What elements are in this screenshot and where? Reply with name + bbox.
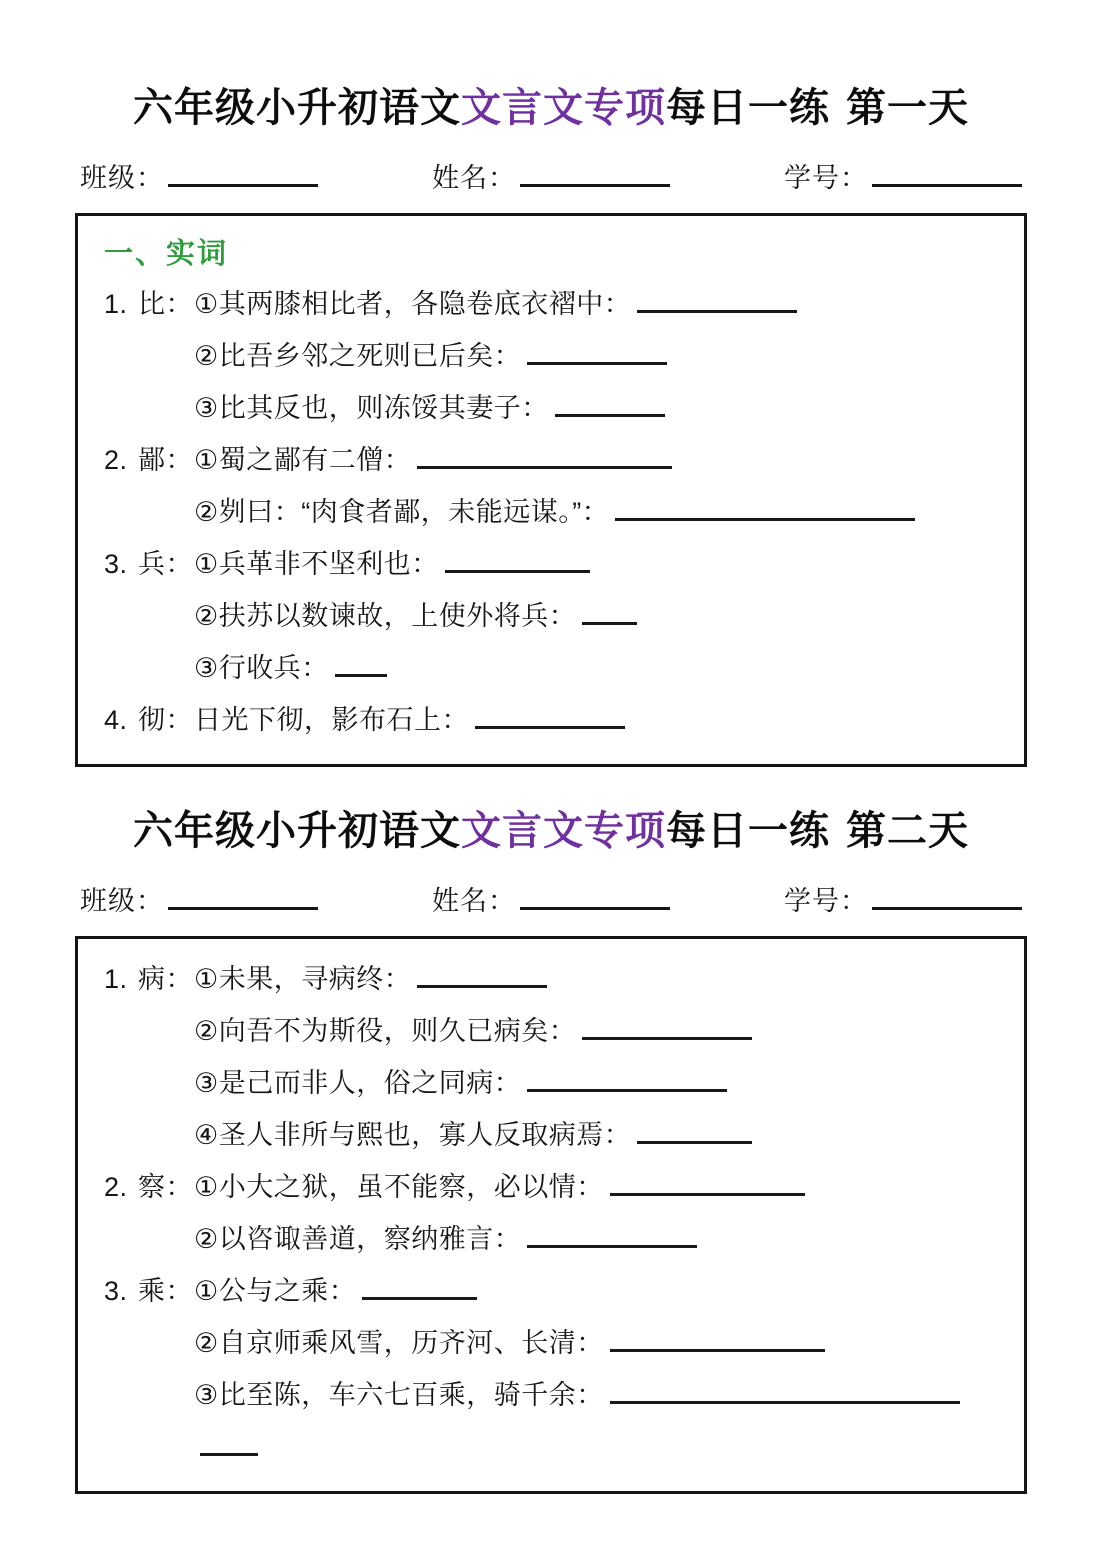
class-blank [168, 160, 318, 187]
question-line [104, 1421, 998, 1473]
question-text: 日光下彻，影布石上： [194, 705, 469, 735]
section-heading: 一、实词 [104, 230, 998, 278]
question-text: ③行收兵： [194, 653, 329, 683]
question-text: ①公与之乘： [194, 1276, 356, 1306]
question-text: ②以咨诹善道，察纳雅言： [194, 1224, 521, 1254]
answer-blank [527, 338, 667, 365]
question-line: 3.乘：①公与之乘： [104, 1265, 998, 1317]
class-blank [168, 883, 318, 910]
name-field: 姓名： [432, 160, 670, 193]
question-box-day2: 1.病：①未果，寻病终：②向吾不为斯役，则久已病矣：③是己而非人，俗之同病：④圣… [75, 936, 1027, 1494]
title-prefix: 六年级小升初语文 [133, 86, 461, 130]
item-number: 1. [104, 278, 138, 330]
question-line: 2.鄙：①蜀之鄙有二僧： [104, 434, 998, 486]
name-blank [520, 160, 670, 187]
question-line: ②向吾不为斯役，则久已病矣： [104, 1005, 998, 1057]
item-number: 3. [104, 538, 138, 590]
question-text: ③比其反也，则冻馁其妻子： [194, 393, 549, 423]
item-number: 2. [104, 434, 138, 486]
answer-blank [417, 442, 672, 469]
worksheet-page: 六年级小升初语文文言文专项每日一练第一天 班级： 姓名： 学号： 一、实词 1.… [0, 0, 1102, 1559]
item-number: 1. [104, 953, 138, 1005]
question-line: 4.彻：日光下彻，影布石上： [104, 694, 998, 746]
question-text: ②自京师乘风雪，历齐河、长清： [194, 1328, 604, 1358]
name-field: 姓名： [432, 883, 670, 916]
question-text: ①兵革非不坚利也： [194, 549, 439, 579]
question-text: ④圣人非所与熙也，寡人反取病焉： [194, 1120, 631, 1150]
title-prefix: 六年级小升初语文 [133, 809, 461, 853]
name-label: 姓名： [432, 163, 516, 193]
answer-blank [417, 961, 547, 988]
answer-blank [637, 1117, 752, 1144]
name-blank [520, 883, 670, 910]
name-label: 姓名： [432, 886, 516, 916]
item-word: 察： [138, 1161, 194, 1213]
question-line: ③是己而非人，俗之同病： [104, 1057, 998, 1109]
title-highlight: 文言文专项 [461, 86, 666, 130]
answer-blank [200, 1429, 258, 1456]
question-line: ②以咨诹善道，察纳雅言： [104, 1213, 998, 1265]
item-word: 兵： [138, 538, 194, 590]
info-row-day1: 班级： 姓名： 学号： [80, 160, 1022, 193]
page-title-day2: 六年级小升初语文文言文专项每日一练第二天 [0, 809, 1102, 853]
class-label: 班级： [80, 163, 164, 193]
question-text: ③比至陈，车六七百乘，骑千余： [194, 1380, 604, 1410]
answer-blank [527, 1221, 697, 1248]
question-line: ②扶苏以数谏故，上使外将兵： [104, 590, 998, 642]
question-line: 2.察：①小大之狱，虽不能察，必以情： [104, 1161, 998, 1213]
item-number: 4. [104, 694, 138, 746]
student-id-blank [872, 883, 1022, 910]
question-line: ④圣人非所与熙也，寡人反取病焉： [104, 1109, 998, 1161]
item-word: 鄙： [138, 434, 194, 486]
answer-blank [610, 1377, 960, 1404]
answer-blank [637, 286, 797, 313]
answer-blank [610, 1325, 825, 1352]
title-day: 第一天 [846, 86, 969, 130]
question-text: ②扶苏以数谏故，上使外将兵： [194, 601, 576, 631]
student-id-blank [872, 160, 1022, 187]
question-line: 1.比：①其两膝相比者，各隐卷底衣褶中： [104, 278, 998, 330]
title-day: 第二天 [846, 809, 969, 853]
question-list-day2: 1.病：①未果，寻病终：②向吾不为斯役，则久已病矣：③是己而非人，俗之同病：④圣… [104, 953, 998, 1473]
answer-blank [582, 598, 637, 625]
item-number: 3. [104, 1265, 138, 1317]
question-text: ①其两膝相比者，各隐卷底衣褶中： [194, 289, 631, 319]
info-row-day2: 班级： 姓名： 学号： [80, 883, 1022, 916]
answer-blank [527, 1065, 727, 1092]
question-text: ①未果，寻病终： [194, 964, 411, 994]
question-box-day1: 一、实词 1.比：①其两膝相比者，各隐卷底衣褶中：②比吾乡邻之死则已后矣：③比其… [75, 213, 1027, 767]
question-line: 3.兵：①兵革非不坚利也： [104, 538, 998, 590]
page-title-day1: 六年级小升初语文文言文专项每日一练第一天 [0, 0, 1102, 130]
item-number: 2. [104, 1161, 138, 1213]
student-id-field: 学号： [784, 883, 1022, 916]
item-word: 病： [138, 953, 194, 1005]
answer-blank [445, 546, 590, 573]
title-suffix: 每日一练 [666, 809, 830, 853]
student-id-label: 学号： [784, 886, 868, 916]
item-word: 比： [138, 278, 194, 330]
question-line: ③比至陈，车六七百乘，骑千余： [104, 1369, 998, 1421]
item-word: 彻： [138, 694, 194, 746]
title-suffix: 每日一练 [666, 86, 830, 130]
question-line: ③比其反也，则冻馁其妻子： [104, 382, 998, 434]
student-id-label: 学号： [784, 163, 868, 193]
question-text: ②比吾乡邻之死则已后矣： [194, 341, 521, 371]
class-field: 班级： [80, 160, 318, 193]
student-id-field: 学号： [784, 160, 1022, 193]
class-field: 班级： [80, 883, 318, 916]
question-text: ③是己而非人，俗之同病： [194, 1068, 521, 1098]
question-line: ②自京师乘风雪，历齐河、长清： [104, 1317, 998, 1369]
question-text: ②刿曰：“肉食者鄙，未能远谋。”： [194, 497, 609, 527]
question-line: ③行收兵： [104, 642, 998, 694]
answer-blank [362, 1273, 477, 1300]
answer-blank [335, 650, 387, 677]
item-word: 乘： [138, 1265, 194, 1317]
question-line: ②比吾乡邻之死则已后矣： [104, 330, 998, 382]
question-text: ②向吾不为斯役，则久已病矣： [194, 1016, 576, 1046]
question-list-day1: 1.比：①其两膝相比者，各隐卷底衣褶中：②比吾乡邻之死则已后矣：③比其反也，则冻… [104, 278, 998, 746]
answer-blank [582, 1013, 752, 1040]
answer-blank [615, 494, 915, 521]
answer-blank [555, 390, 665, 417]
question-text: ①蜀之鄙有二僧： [194, 445, 411, 475]
question-line: ②刿曰：“肉食者鄙，未能远谋。”： [104, 486, 998, 538]
question-text: ①小大之狱，虽不能察，必以情： [194, 1172, 604, 1202]
question-line: 1.病：①未果，寻病终： [104, 953, 998, 1005]
class-label: 班级： [80, 886, 164, 916]
title-highlight: 文言文专项 [461, 809, 666, 853]
answer-blank [610, 1169, 805, 1196]
answer-blank [475, 702, 625, 729]
